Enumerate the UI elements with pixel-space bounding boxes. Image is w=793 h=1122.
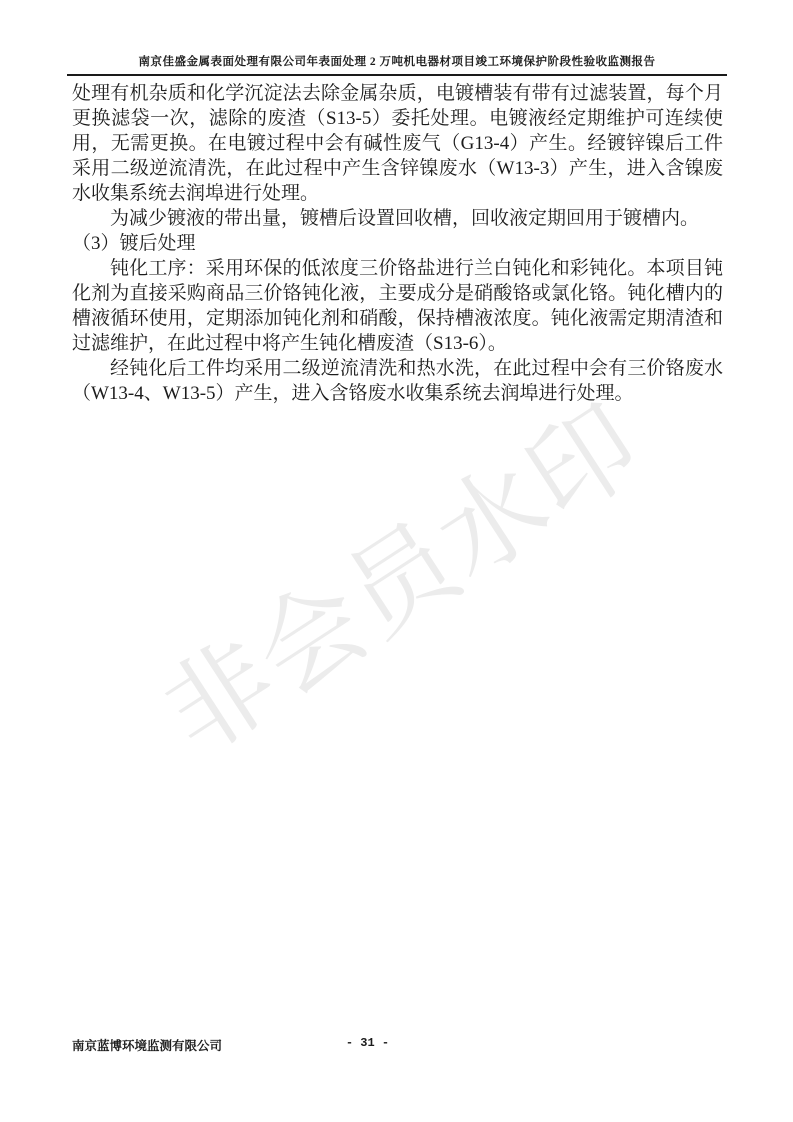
section-heading-3-plating-post-treatment: （3）镀后处理 xyxy=(72,231,723,256)
watermark-text: 非会员水印 xyxy=(130,361,666,783)
footer-page-number: - 31 - xyxy=(72,1036,663,1050)
document-page: 非会员水印 南京佳盛金属表面处理有限公司年表面处理 2 万吨机电器材项目竣工环境… xyxy=(0,0,793,1122)
body-paragraph-2: 为减少镀液的带出量，镀槽后设置回收槽，回收液定期回用于镀槽内。 xyxy=(72,206,723,231)
body-paragraph-4: 钝化工序：采用环保的低浓度三价铬盐进行兰白钝化和彩钝化。本项目钝化剂为直接采购商… xyxy=(72,256,723,356)
report-header-title: 南京佳盛金属表面处理有限公司年表面处理 2 万吨机电器材项目竣工环境保护阶段性验… xyxy=(67,53,727,76)
document-body: 处理有机杂质和化学沉淀法去除金属杂质，电镀槽装有带有过滤装置，每个月更换滤袋一次… xyxy=(72,81,723,406)
body-paragraph-1: 处理有机杂质和化学沉淀法去除金属杂质，电镀槽装有带有过滤装置，每个月更换滤袋一次… xyxy=(72,81,723,206)
body-paragraph-5: 经钝化后工件均采用二级逆流清洗和热水洗，在此过程中会有三价铬废水（W13-4、W… xyxy=(72,356,723,406)
page-footer: 南京蓝博环境监测有限公司 - 31 - xyxy=(72,1036,723,1056)
